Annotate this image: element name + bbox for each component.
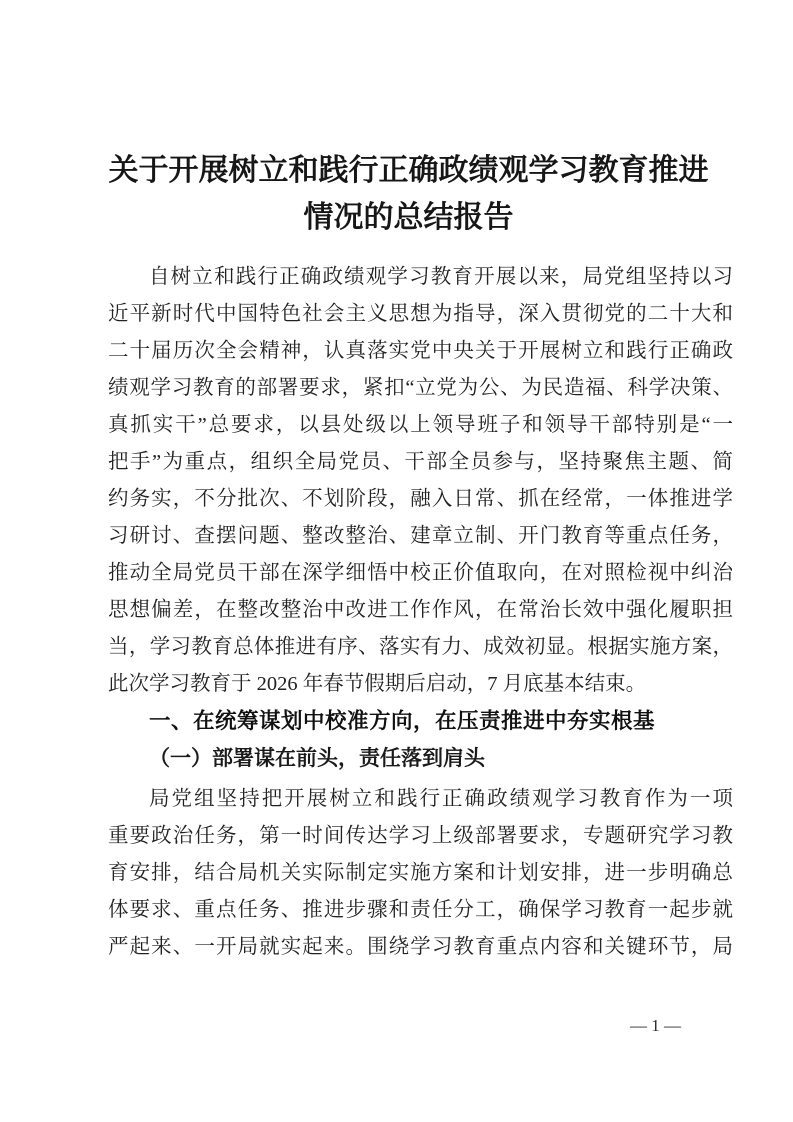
text-line: 约务实，不分批次、不划阶段，融入日常、抓在经常，一体推进学 — [108, 481, 733, 518]
text-line: 局党组坚持把开展树立和践行正确政绩观学习教育作为一项 — [108, 781, 733, 818]
paragraph-overview: 自树立和践行正确政绩观学习教育开展以来，局党组坚持以习近平新时代中国特色社会主义… — [108, 259, 733, 703]
text-line: 推动全局党员干部在深学细悟中校正价值取向，在对照检视中纠治 — [108, 555, 733, 592]
text-line: 体要求、重点任务、推进步骤和责任分工，确保学习教育一起步就 — [108, 892, 733, 929]
document-title-line-1: 关于开展树立和践行正确政绩观学习教育推进 — [96, 147, 721, 194]
text-line: 二十届历次全会精神，认真落实党中央关于开展树立和践行正确政 — [108, 333, 733, 370]
text-line: 当，学习教育总体推进有序、落实有力、成效初显。根据实施方案， — [108, 629, 733, 666]
text-line: 绩观学习教育的部署要求，紧扣“立党为公、为民造福、科学决策、 — [108, 370, 733, 407]
text-line: 重要政治任务，第一时间传达学习上级部署要求，专题研究学习教 — [108, 818, 733, 855]
section-heading-1: 一、在统筹谋划中校准方向，在压责推进中夯实根基 — [108, 703, 733, 740]
text-line: 思想偏差，在整改整治中改进工作作风，在常治长效中强化履职担 — [108, 592, 733, 629]
text-line: 习研讨、查摆问题、整改整治、建章立制、开门教育等重点任务， — [108, 518, 733, 555]
text-line: 严起来、一开局就实起来。围绕学习教育重点内容和关键环节，局 — [108, 929, 733, 966]
document-title-line-2: 情况的总结报告 — [96, 194, 721, 241]
document-page: 关于开展树立和践行正确政绩观学习教育推进 情况的总结报告 自树立和践行正确政绩观… — [0, 0, 793, 1122]
text-line: 真抓实干”总要求，以县处级以上领导班子和领导干部特别是“一 — [108, 407, 733, 444]
paragraph-deployment: 局党组坚持把开展树立和践行正确政绩观学习教育作为一项重要政治任务，第一时间传达学… — [108, 781, 733, 966]
text-line: 把手”为重点，组织全局党员、干部全员参与，坚持聚焦主题、简 — [108, 444, 733, 481]
text-line: 自树立和践行正确政绩观学习教育开展以来，局党组坚持以习 — [108, 259, 733, 296]
page-number: — 1 — — [0, 1008, 681, 1043]
text-line: 此次学习教育于 2026 年春节假期后启动，7 月底基本结束。 — [108, 666, 733, 703]
text-line: 近平新时代中国特色社会主义思想为指导，深入贯彻党的二十大和 — [108, 296, 733, 333]
document-content: 关于开展树立和践行正确政绩观学习教育推进 情况的总结报告 自树立和践行正确政绩观… — [108, 147, 733, 966]
subsection-heading-1-1: （一）部署谋在前头，责任落到肩头 — [108, 740, 733, 777]
text-line: 育安排，结合局机关实际制定实施方案和计划安排，进一步明确总 — [108, 855, 733, 892]
document-title: 关于开展树立和践行正确政绩观学习教育推进 情况的总结报告 — [96, 147, 721, 241]
